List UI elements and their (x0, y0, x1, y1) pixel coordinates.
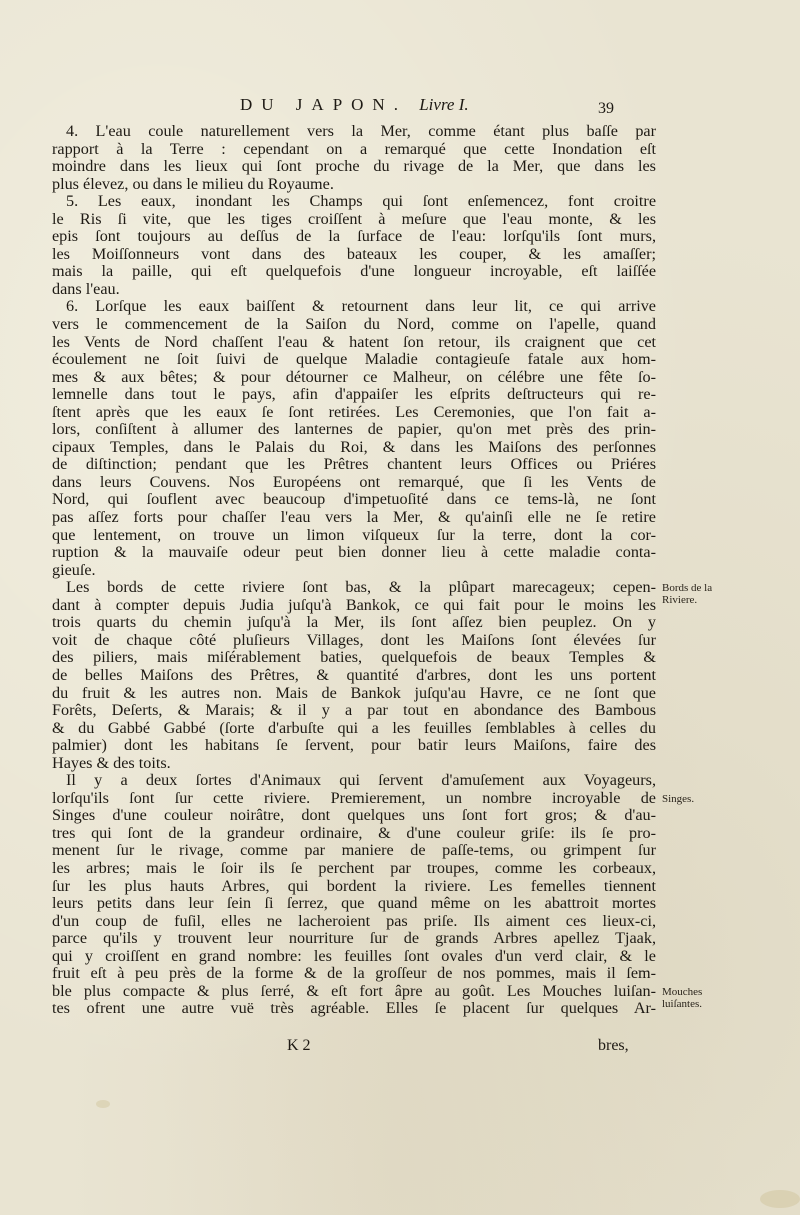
text-line: ſur les plus hauts Arbres, qui bordent l… (52, 878, 656, 896)
text-line: dant à compter depuis Judia juſqu'à Bank… (52, 597, 656, 615)
text-line: voit de chaque côté pluſieurs Villages, … (52, 632, 656, 650)
text-line: lemnelle dans tout le pays, afin d'appai… (52, 386, 656, 404)
text-line: ble plus compacte & plus ſerré, & eſt fo… (52, 983, 656, 1001)
text-line: mes & aux bêtes; & pour détourner ce Mal… (52, 369, 656, 387)
body-text: 4. L'eau coule naturellement vers la Mer… (52, 123, 656, 1018)
running-head-title: DU JAPON. (240, 95, 407, 114)
text-line: écoulement ne ſoit ſuivi de quelque Mala… (52, 351, 656, 369)
text-line: les arbres; mais le ſoir ils ſe perchent… (52, 860, 656, 878)
text-line: 4. L'eau coule naturellement vers la Mer… (52, 123, 656, 141)
text-line: le Ris ſi vite, que les tiges croiſſent … (52, 211, 656, 229)
book-page: DU JAPON. Livre I. 39 4. L'eau coule nat… (0, 0, 800, 1215)
text-line: parce qu'ils y trouvent leur nourriture … (52, 930, 656, 948)
paper-stain (96, 1100, 110, 1108)
text-line: les Vents de Nord chaſſent l'eau & haten… (52, 334, 656, 352)
text-line: Forêts, Deſerts, & Marais; & il y a par … (52, 702, 656, 720)
text-line: moindre dans les lieux qui ſont proche d… (52, 158, 656, 176)
text-line: qui y croiſſent en grand nombre: les feu… (52, 948, 656, 966)
text-line: pas aſſez forts pour chaſſer l'eau vers … (52, 509, 656, 527)
text-line: Il y a deux ſortes d'Animaux qui ſervent… (52, 772, 656, 790)
text-line: palmier) dont les habitans ſe ſervent, p… (52, 737, 656, 755)
text-line: des piliers, mais miſérablement baties, … (52, 649, 656, 667)
page-number: 39 (598, 100, 614, 118)
text-line: de belles Maiſons des Prêtres, & quantit… (52, 667, 656, 685)
text-line: tes ofrent une autre vuë très agréable. … (52, 1000, 656, 1018)
text-line: lors, conſiſtent à allumer des lanternes… (52, 421, 656, 439)
margin-note-line: Riviere. (662, 594, 742, 606)
text-line: epis ſont toujours au deſſus de la ſurfa… (52, 228, 656, 246)
paper-stain (760, 1190, 800, 1208)
text-line: plus élevez, ou dans le milieu du Royaum… (52, 176, 656, 194)
text-line: menent ſur le rivage, comme par maniere … (52, 842, 656, 860)
margin-note-line: Bords de la (662, 582, 742, 594)
text-line: de diſtinction; pendant que les Prêtres … (52, 456, 656, 474)
catchword: bres, (598, 1037, 629, 1055)
text-line: trois quarts du chemin juſqu'à la Mer, i… (52, 614, 656, 632)
text-line: ruption & la mauvaiſe odeur peut bien do… (52, 544, 656, 562)
text-line: 5. Les eaux, inondant les Champs qui ſon… (52, 193, 656, 211)
running-head: DU JAPON. Livre I. (240, 95, 640, 115)
text-line: que lentement, on trouve un limon viſque… (52, 527, 656, 545)
text-line: cipaux Temples, dans le Palais du Roi, &… (52, 439, 656, 457)
text-line: Singes d'une couleur noirâtre, dont quel… (52, 807, 656, 825)
text-line: d'un coup de fuſil, elles ne lacheroient… (52, 913, 656, 931)
margin-note-line: Singes. (662, 793, 742, 805)
text-line: ſtent après que les eaux ſe ſont retirée… (52, 404, 656, 422)
text-line: lorſqu'ils ſont ſur cette riviere. Premi… (52, 790, 656, 808)
text-line: rapport à la Terre : cependant on a rema… (52, 141, 656, 159)
text-line: dans leurs Couvens. Nos Européens ont re… (52, 474, 656, 492)
text-line: du fruit & les autres non. Mais de Banko… (52, 685, 656, 703)
text-line: tres qui ſont de la grandeur ordinaire, … (52, 825, 656, 843)
text-line: 6. Lorſque les eaux baiſſent & retournen… (52, 298, 656, 316)
text-line: Nord, qui ſouflent avec beaucoup d'impet… (52, 491, 656, 509)
text-line: vers le commencement de la Saiſon du Nor… (52, 316, 656, 334)
margin-note-line: luiſantes. (662, 998, 742, 1010)
running-head-book: Livre I. (419, 95, 468, 114)
text-line: & du Gabbé Gabbé (ſorte d'arbuſte qui a … (52, 720, 656, 738)
text-line: les Moiſſonneurs vont dans des bateaux l… (52, 246, 656, 264)
margin-note-line: Mouches (662, 986, 742, 998)
text-line: leurs petits dans leur ſein ſi ſerrez, q… (52, 895, 656, 913)
margin-note: Bords de laRiviere. (662, 582, 742, 606)
margin-note: Singes. (662, 793, 742, 805)
margin-note: Mouchesluiſantes. (662, 986, 742, 1010)
text-line: dans l'eau. (52, 281, 656, 299)
text-line: mais la paille, qui eſt quelquefois d'un… (52, 263, 656, 281)
text-line: Les bords de cette riviere ſont bas, & l… (52, 579, 656, 597)
text-line: fruit eſt à peu près de la forme & de la… (52, 965, 656, 983)
text-line: gieuſe. (52, 562, 656, 580)
signature-mark: K 2 (287, 1037, 311, 1055)
text-line: Hayes & des toits. (52, 755, 656, 773)
